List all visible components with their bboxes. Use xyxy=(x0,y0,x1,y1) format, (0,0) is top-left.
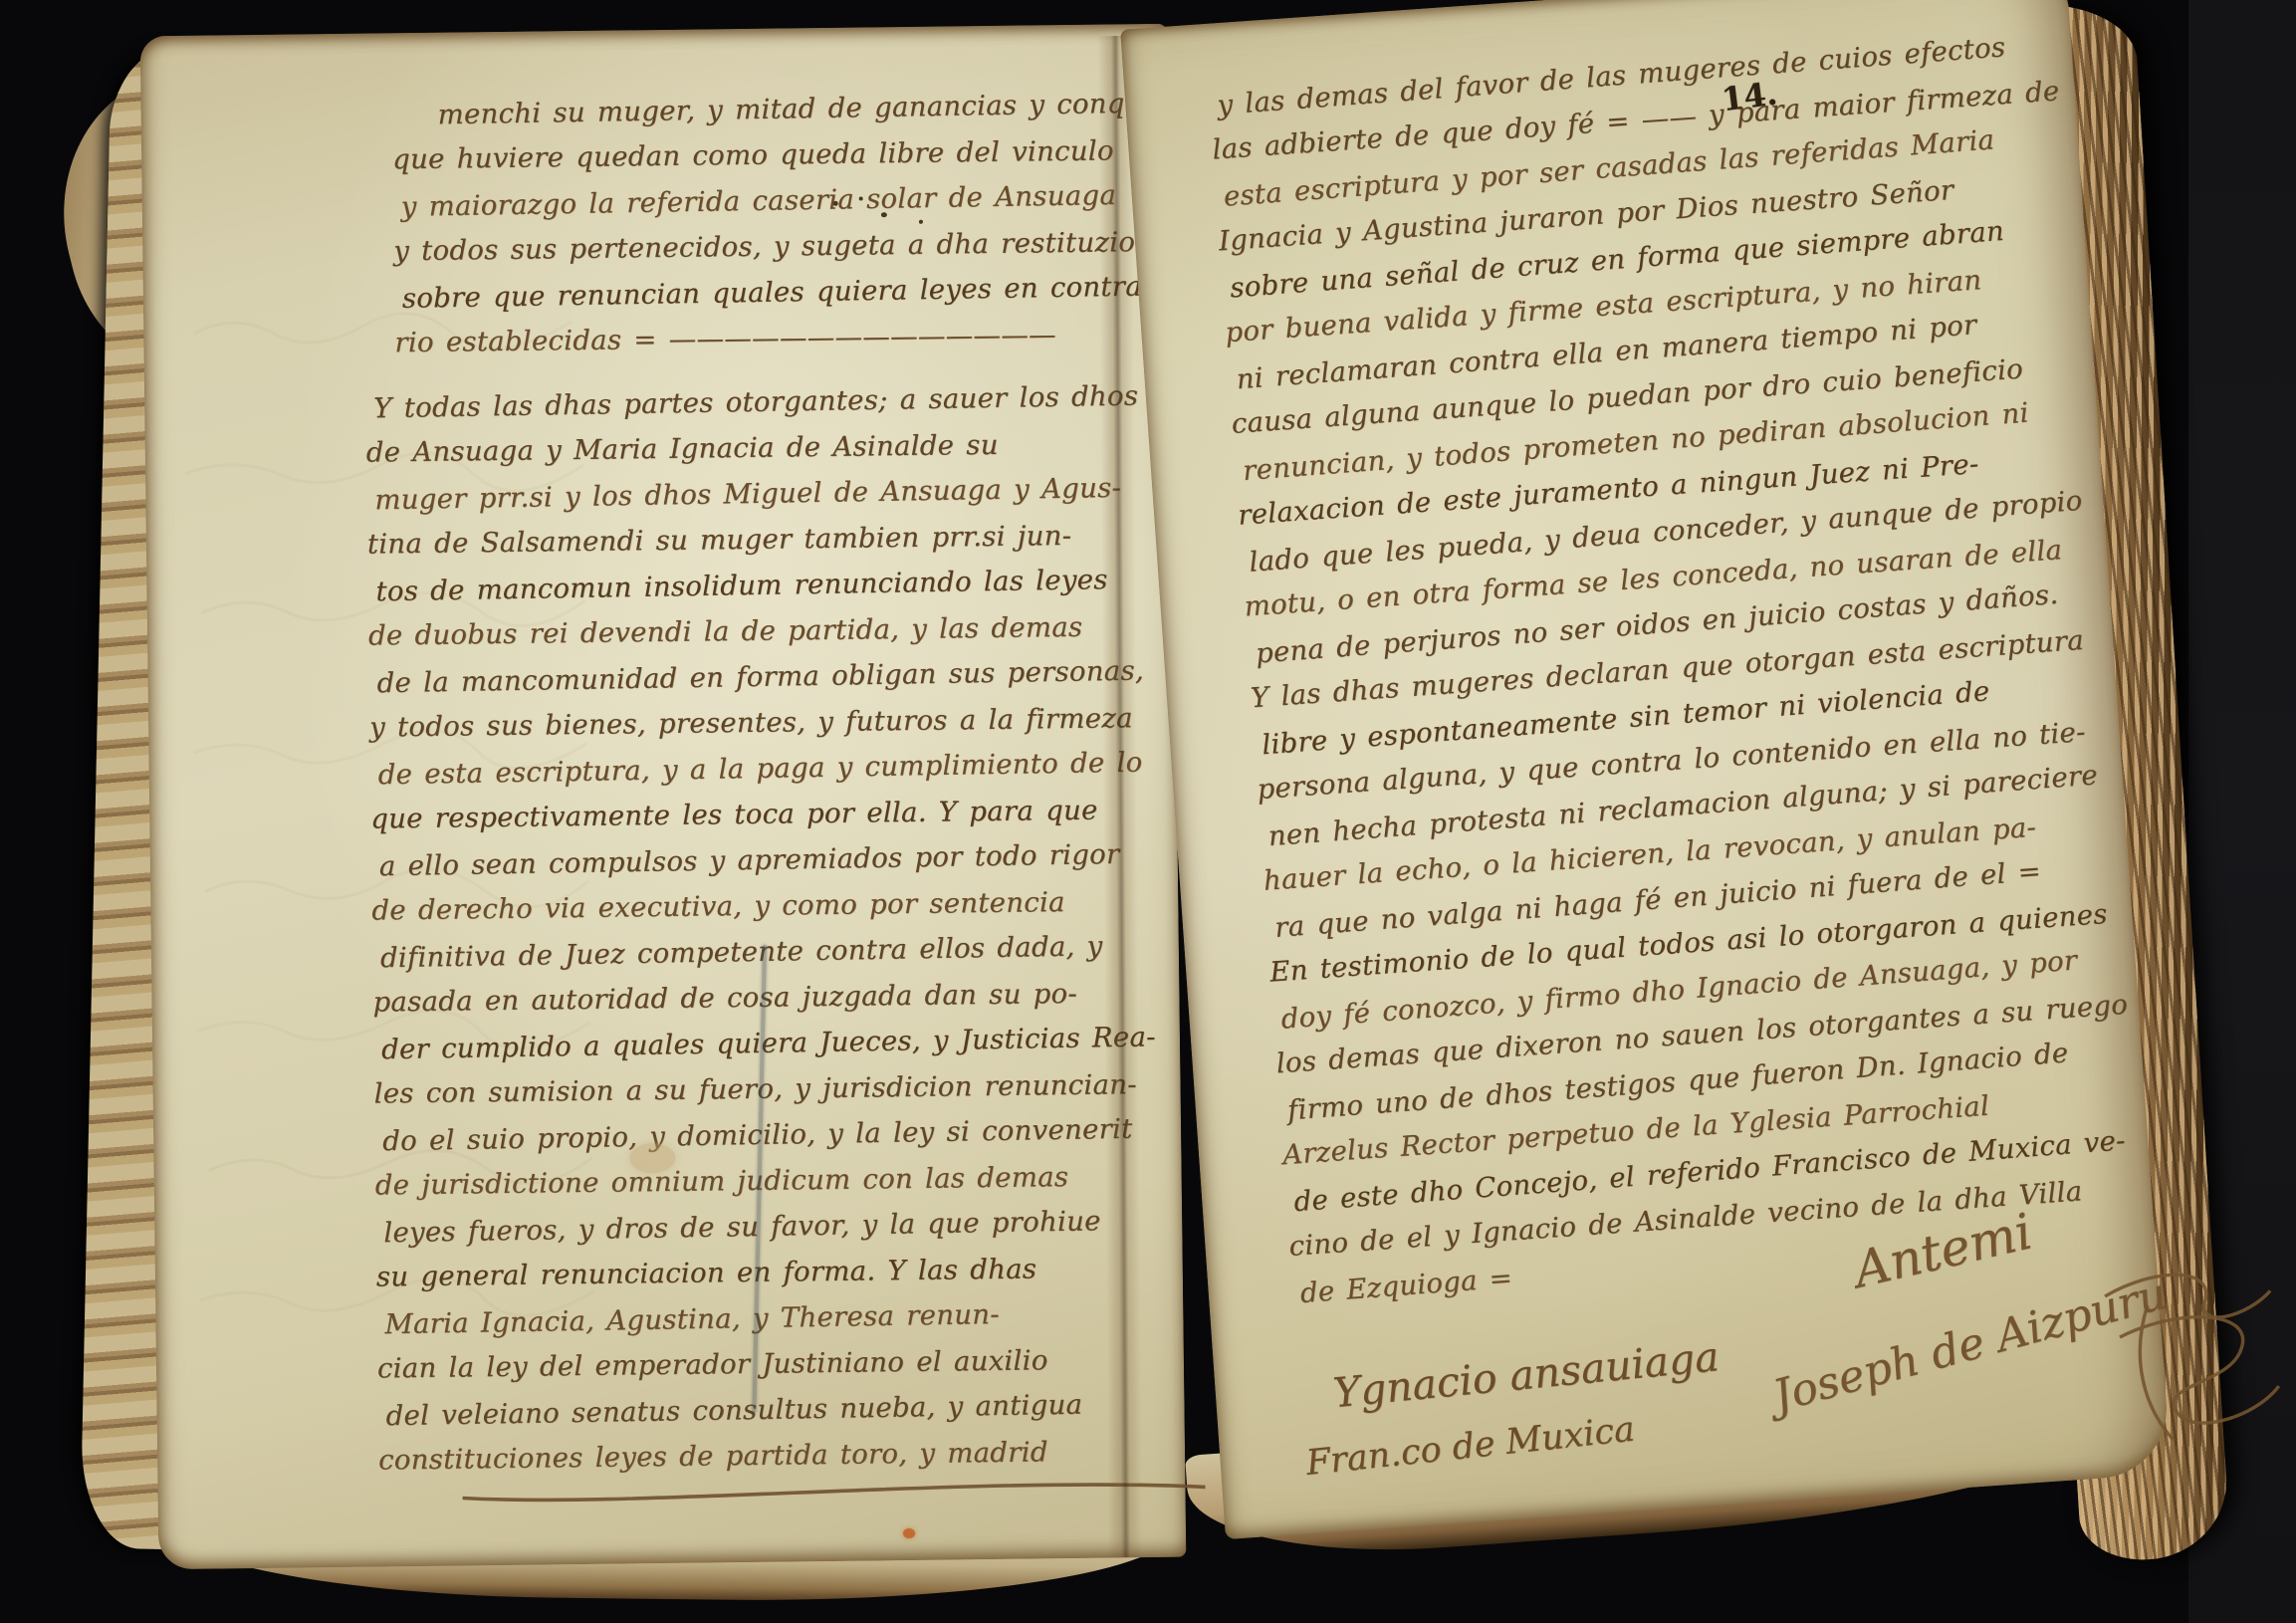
signature-otorgante: Ygnacio ansauiaga xyxy=(1331,1332,1722,1417)
manuscript-photo: menchi su muger, y mitad de ganancias y … xyxy=(0,0,2296,1623)
notary-rubric-flourish xyxy=(2085,1256,2296,1459)
left-page-paragraph-1: menchi su muger, y mitad de ganancias y … xyxy=(391,82,1181,366)
rust-stain xyxy=(903,1528,915,1538)
left-page: menchi su muger, y mitad de ganancias y … xyxy=(140,24,1187,1569)
right-page: 14. y las demas del favor de las mugeres… xyxy=(1120,0,2172,1539)
left-page-paragraph-2: Y todas las dhas partes otorgantes; a sa… xyxy=(365,374,1195,1484)
right-page-text: y las demas del favor de las mugeres de … xyxy=(1208,25,2109,1315)
signature-testigo: Fran.co de Muxica xyxy=(1304,1410,1637,1484)
